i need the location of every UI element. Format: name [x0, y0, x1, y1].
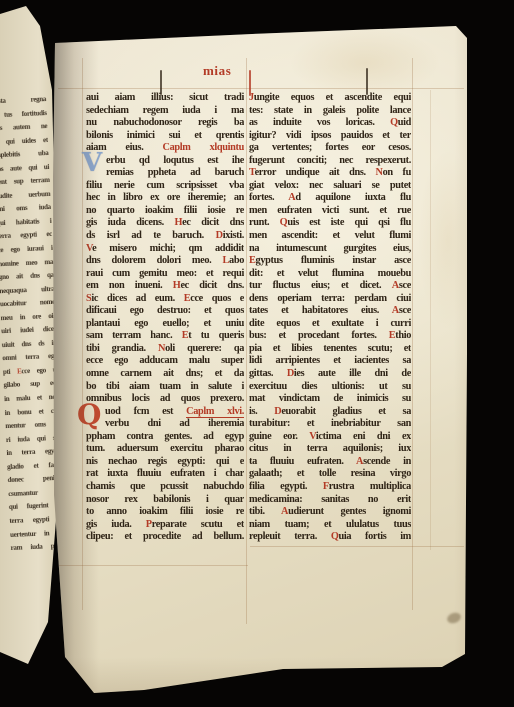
text-line: rat iuxta fluuiu eufraten i char [86, 468, 244, 481]
text-line: tates et habitatores eius. Asce [249, 305, 411, 318]
text-line: turabitur: et inebriabitur san [249, 418, 411, 431]
text-segment: uis est iste qui qsi flu [287, 217, 411, 228]
text-line: tibi. Audierunt gentes ignomi [249, 506, 411, 519]
text-line: Jungite equos et ascendite equi [249, 92, 411, 105]
text-line: ga vertentes; fortes eor cesos. [249, 142, 411, 155]
text-segment: pia et libies tenentes scutu; et [249, 343, 411, 354]
text-segment: giat velox: nec saluari se putet [249, 180, 411, 191]
text-segment: niam tuam; et ululatus tuus [249, 519, 411, 530]
text-line: remias ppheta ad baruch [86, 167, 244, 180]
text-line: medicamina: sanitas no erit [249, 494, 411, 507]
text-segment: ce ego iuraui i [0, 244, 53, 254]
text-line: bilonis inimici sui et qrentis [86, 130, 244, 143]
text-line: fugerunt conciti; nec respexerut. [249, 155, 411, 168]
text-segment: ic dices ad eum. [91, 293, 183, 304]
text-segment: raui cum gemitu meo: et requi [86, 268, 244, 279]
text-segment: omnibus locis ad quos prexero. [86, 393, 244, 404]
text-segment: D [287, 368, 294, 379]
text-segment: N [376, 167, 383, 178]
ruling-line [58, 88, 464, 89]
text-segment: turabitur: et inebriabitur san [249, 418, 411, 429]
text-line: clipeu: et procedite ad bellum. [86, 531, 244, 544]
text-segment: udierunt gentes ignomi [288, 506, 411, 517]
text-line: ds isrl ad te baruch. Dixisti. [86, 230, 244, 243]
text-line: filiu nerie cum scripsisset vba [86, 180, 244, 193]
text-segment: ec dicit dns [182, 217, 244, 228]
text-line: bus: et procedant fortes. Ethio [249, 330, 411, 343]
text-segment: dns dolorem dolori meo. [86, 255, 222, 266]
text-segment: ixisti. [223, 230, 244, 241]
text-segment: is. [249, 406, 274, 417]
text-segment: galaath; et tolle resina virgo [249, 468, 411, 479]
text-segment: uia fortis im [339, 531, 412, 542]
text-line: tum. aduersum exercitu pharao [86, 443, 244, 456]
text-line: gittas. Dies aute ille dni de [249, 368, 411, 381]
text-segment: aui aiam illius: sicut tradi [86, 92, 244, 103]
running-title: mias [203, 63, 231, 79]
text-line: dns dolorem dolori meo. Labo [86, 255, 244, 268]
text-line: raui cum gemitu meo: et requi [86, 268, 244, 281]
text-segment: tates et habitatores eius. [249, 305, 392, 316]
text-segment: reparate scutu et [152, 519, 244, 530]
text-segment: sedechiam regem iuda i ma [86, 105, 244, 116]
text-line: lidi arripientes et iacientes sa [249, 355, 411, 368]
text-line: bo tibi aiam tuam in salute i [86, 381, 244, 394]
text-line: guine eor. Victima eni dni ex [249, 431, 411, 444]
text-segment: A [392, 280, 399, 291]
text-segment: cce ego ui [21, 366, 58, 376]
text-segment: exercituu dies ultionis: ut su [249, 381, 411, 392]
text-line: mat vindictam de inimicis su [249, 393, 411, 406]
text-segment: in terra egypti [6, 447, 61, 457]
text-line: verbu dni ad iheremia [86, 418, 244, 431]
text-segment: in malu et non [4, 393, 59, 403]
text-segment: nu nabuchodonosor regis ba [86, 117, 244, 128]
text-segment: hec in libro ex ore iheremie; an [86, 192, 244, 203]
text-segment: mentur oms ui [5, 420, 60, 430]
text-segment: sce [399, 305, 411, 316]
ruling-line [250, 546, 464, 547]
text-segment: uent sup terram [0, 176, 50, 186]
text-line: aui aiam illius: sicut tradi [86, 92, 244, 105]
text-segment: gno ait dns qa [0, 271, 54, 281]
text-segment: men eufraten victi sunt. et rue [249, 205, 411, 216]
chapter-rubric: Caplm xlvi. [186, 406, 244, 418]
text-segment: dens operiam terra: perdam ciui [249, 293, 411, 304]
manuscript-photo: uasta regnar tus fortitudisVos autem neo… [0, 0, 514, 707]
text-segment: bus: et procedant fortes. [249, 330, 389, 341]
text-line: plantaui ego euello; et uniu [86, 318, 244, 331]
text-segment: gittas. [249, 368, 287, 379]
text-segment: runt. [249, 217, 280, 228]
text-segment: rustra multiplica [329, 481, 411, 492]
text-line: tur fluctus eius; et dicet. Asce [249, 280, 411, 293]
text-line: filia egypti. Frustra multiplica [249, 481, 411, 494]
text-segment: fortes. [249, 192, 288, 203]
text-segment: omni terra egy [2, 352, 57, 362]
text-line: giat velox: nec saluari se putet [249, 180, 411, 193]
text-segment: nis nechao regis egypti: qui e [86, 456, 244, 467]
text-segment: chamis que pcussit nabuchdo [86, 481, 244, 492]
text-line: ecce ego adducam malu super [86, 355, 244, 368]
text-segment: guine eor. [249, 431, 309, 442]
column-left: aui aiam illius: sicut tradisedechiam re… [86, 92, 244, 544]
text-line: aiam eius. Caplm xlquintu [86, 142, 244, 155]
text-segment: ecce ego adducam malu super [86, 355, 244, 366]
text-segment: audite uerbum [0, 190, 50, 200]
text-line: niam tuam; et ululatus tuus [249, 519, 411, 532]
text-segment: ta fluuiu eufraten. [249, 456, 356, 467]
text-segment: euorabit gladius et sa [281, 406, 411, 417]
text-segment: Caplm xlquintu [163, 142, 245, 153]
text-segment: mat vindictam de inimicis su [249, 393, 411, 404]
text-segment: V [309, 431, 316, 442]
text-line: nosor rex babilonis i quar [86, 494, 244, 507]
right-edge-shade [454, 0, 472, 707]
text-line: fortes. Ad aquilone iuxta flu [249, 192, 411, 205]
text-line: dificaui ego destruo: et quos [86, 305, 244, 318]
text-segment: as induite vos loricas. [249, 117, 390, 128]
vellum-stain [418, 150, 478, 330]
text-segment: remias ppheta ad baruch [106, 167, 244, 178]
text-segment: ec dicit dns. [180, 280, 244, 291]
text-segment: ri iuda qui sut [6, 433, 61, 443]
text-line: pia et libies tenentes scutu; et [249, 343, 411, 356]
text-line: chamis que pcussit nabuchdo [86, 481, 244, 494]
text-segment: em non inueni. [86, 280, 173, 291]
text-segment: thio [395, 330, 411, 341]
text-segment: fugerunt conciti; nec respexerut. [249, 155, 411, 166]
text-segment: dificaui ego destruo: et quos [86, 305, 244, 316]
text-line: dens operiam terra: perdam ciui [249, 293, 411, 306]
text-segment: uod fcm est [105, 406, 186, 417]
text-line: tes: state in galeis polite lance [249, 105, 411, 118]
text-segment: uiuit dns ds in [2, 339, 57, 349]
text-line: dite equos et exultate i curri [249, 318, 411, 331]
text-segment: uiri iudei dices [1, 325, 56, 335]
text-line: igitur? vidi ipsos pauidos et ter [249, 130, 411, 143]
text-line: is. Deuorabit gladius et sa [249, 406, 411, 419]
text-segment: tibi. [249, 506, 281, 517]
text-segment: Q [390, 117, 398, 128]
text-segment: os autem ne [0, 122, 47, 132]
text-segment: dni oms iuda [0, 203, 51, 213]
ascender-flourish [366, 68, 368, 95]
text-line: tibi grandia. Noli querere: qa [86, 343, 244, 356]
text-segment: ungite equos et ascendite equi [254, 92, 411, 103]
text-segment: filiu nerie cum scripsisset vba [86, 180, 244, 191]
text-line: ta fluuiu eufraten. Ascende in [249, 456, 411, 469]
text-segment: dite equos et exultate i curri [249, 318, 411, 329]
ruling-line [430, 90, 431, 550]
text-line: dit: et velut flumina mouebu [249, 268, 411, 281]
text-segment: gis iuda dicens. [86, 217, 175, 228]
text-line: sam terram hanc. Et tu queris [86, 330, 244, 343]
text-segment: meu in ore ois [0, 312, 55, 322]
text-line: omnibus locis ad quos prexero. [86, 393, 244, 406]
text-segment: dit: et velut flumina mouebu [249, 268, 411, 279]
text-segment: repleuit terra. [249, 531, 331, 542]
text-segment: filia egypti. [249, 481, 323, 492]
text-segment: implebitis uba [0, 149, 49, 159]
text-segment: bilonis inimici sui et qrentis [86, 130, 244, 141]
text-line: runt. Quis est iste qui qsi flu [249, 217, 411, 230]
text-segment: nos aute qui ui [0, 163, 49, 173]
text-segment: gilabo sup eos [3, 379, 58, 389]
text-segment: nequaqua ultra [0, 284, 55, 294]
text-segment: tes: state in galeis polite lance [249, 105, 411, 116]
ruling-line [246, 58, 247, 624]
text-line: repleuit terra. Quia fortis im [249, 531, 411, 544]
text-segment: ga vertentes; fortes eor cesos. [249, 142, 411, 153]
text-segment: terra egypti ec [0, 230, 52, 240]
text-segment: oli querere: qa [165, 343, 244, 354]
text-segment: bo tibi aiam tuam in salute i [86, 381, 244, 392]
text-segment: sce [399, 280, 411, 291]
text-segment: r tus fortitudis [0, 109, 47, 119]
text-segment: os qui uides et [0, 136, 48, 146]
text-segment: cce quos e [190, 293, 244, 304]
text-line: sedechiam regem iuda i ma [86, 105, 244, 118]
text-segment: Q [331, 531, 339, 542]
text-segment: ds isrl ad te baruch. [86, 230, 216, 241]
ruling-line [412, 58, 413, 610]
text-segment: tum. aduersum exercitu pharao [86, 443, 244, 454]
text-segment: men ascendit: et velut flumi [249, 230, 411, 241]
text-segment: pti [3, 367, 17, 376]
bottom-shadow [0, 657, 514, 697]
text-line: nis nechao regis egypti: qui e [86, 456, 244, 469]
text-line: Sic dices ad eum. Ecce quos e [86, 293, 244, 306]
text-segment: on fu [383, 167, 411, 178]
text-line: men ascendit: et velut flumi [249, 230, 411, 243]
text-segment: erbu qd loqutus est ihe [106, 155, 244, 166]
text-line: ppham contra gentes. ad egyp [86, 431, 244, 444]
text-line: na intumescunt gurgites eius, [249, 243, 411, 256]
text-segment: D [216, 230, 223, 241]
text-segment: scende in [363, 456, 411, 467]
text-segment: uid [398, 117, 411, 128]
text-line: hec in libro ex ore iheremie; an [86, 192, 244, 205]
text-segment: tur fluctus eius; et dicet. [249, 280, 392, 291]
text-line: citus in terra aquilonis; iux [249, 443, 411, 456]
text-segment: rat iuxta fluuiu eufraten i char [86, 468, 244, 479]
text-segment: verbu dni ad iheremia [105, 418, 244, 429]
text-line: uod fcm est Caplm xlvi. [86, 406, 244, 419]
text-line: exercituu dies ultionis: ut su [249, 381, 411, 394]
text-segment: A [356, 456, 363, 467]
text-segment: citus in terra aquilonis; iux [249, 443, 411, 454]
column-right: Jungite equos et ascendite equites: stat… [249, 92, 411, 544]
text-segment: nomine meo ma [0, 257, 53, 267]
text-line: omne carnem ait dns; et da [86, 368, 244, 381]
text-line: em non inueni. Hec dicit dns. [86, 280, 244, 293]
text-segment: in bonu et csu [5, 406, 60, 416]
text-segment: uasta regna [0, 95, 46, 105]
text-segment: ies aute ille dni de [294, 368, 411, 379]
text-segment: to anno ioakim filii iosie re [86, 506, 244, 517]
text-segment: na intumescunt gurgites eius, [249, 243, 411, 254]
text-line: gis iuda dicens. Hec dicit dns [86, 217, 244, 230]
text-line: men eufraten victi sunt. et rue [249, 205, 411, 218]
text-line: Terror undique ait dns. Non fu [249, 167, 411, 180]
text-line: erbu qd loqutus est ihe [86, 155, 244, 168]
text-segment: nosor rex babilonis i quar [86, 494, 244, 505]
text-segment: clipeu: et procedite ad bellum. [86, 531, 244, 542]
text-segment: t tu queris [188, 330, 244, 341]
text-segment: sam terram hanc. [86, 330, 182, 341]
text-segment: N [158, 343, 165, 354]
text-line: galaath; et tolle resina virgo [249, 468, 411, 481]
text-line: no quarto ioakim filii iosie re [86, 205, 244, 218]
text-segment: A [392, 305, 399, 316]
text-segment: plantaui ego euello; et uniu [86, 318, 244, 329]
text-segment: ppham contra gentes. ad egyp [86, 431, 244, 442]
text-segment: d aquilone iuxta flu [295, 192, 411, 203]
text-line: nu nabuchodonosor regis ba [86, 117, 244, 130]
manuscript-leaf: mias aui aiam illius: sicut tradisedechi… [0, 0, 514, 707]
text-segment: igitur? vidi ipsos pauidos et ter [249, 130, 411, 141]
text-line: to anno ioakim filii iosie re [86, 506, 244, 519]
text-segment: medicamina: sanitas no erit [249, 494, 411, 505]
text-segment: lidi arripientes et iacientes sa [249, 355, 411, 366]
text-segment: e misero michi; qm addidit [92, 243, 244, 254]
text-line: gis iuda. Preparate scutu et [86, 519, 244, 532]
text-segment: no quarto ioakim filii iosie re [86, 205, 244, 216]
text-line: as induite vos loricas. Quid [249, 117, 411, 130]
text-segment: uocabitur nome [0, 298, 55, 308]
text-segment: ictima eni dni ex [316, 431, 411, 442]
text-line: Egyptus fluminis instar asce [249, 255, 411, 268]
text-segment: error undique ait dns. [255, 167, 376, 178]
text-line: Ve misero michi; qm addidit [86, 243, 244, 256]
text-segment: abo [229, 255, 244, 266]
text-segment: gyptus fluminis instar asce [256, 255, 411, 266]
text-segment: qui habitatis i [0, 217, 52, 227]
text-segment: omne carnem ait dns; et da [86, 368, 244, 379]
